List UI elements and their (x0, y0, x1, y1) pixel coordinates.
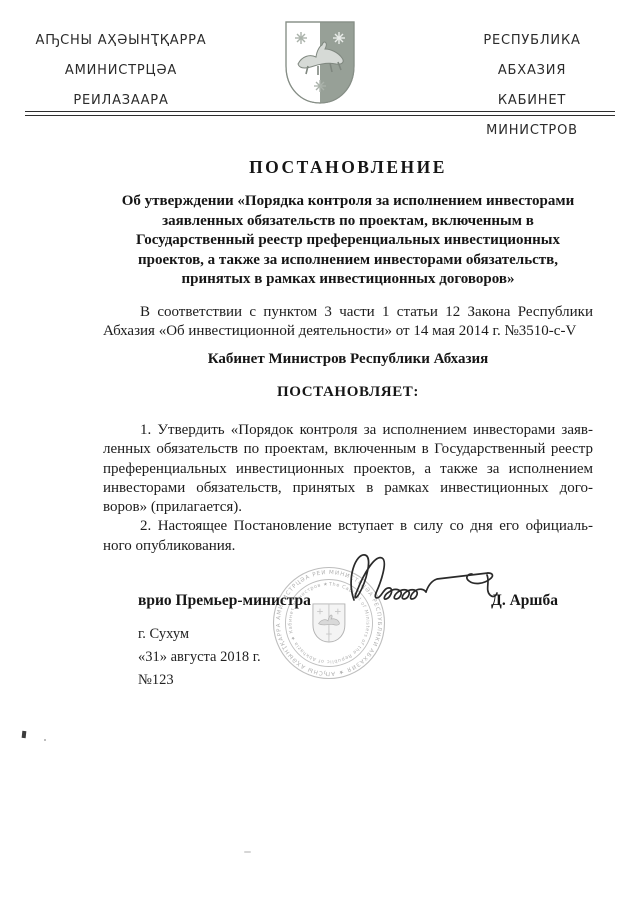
header-right-line: МИНИСТРОВ (452, 116, 612, 146)
header-right-line: РЕСПУБЛИКА АБХАЗИЯ (452, 26, 612, 86)
resolves-heading: ПОСТАНОВЛЯЕТ: (103, 384, 593, 401)
header-right-russian-title: РЕСПУБЛИКА АБХАЗИЯ КАБИНЕТ МИНИСТРОВ (452, 26, 612, 146)
coat-of-arms-icon (284, 20, 356, 111)
paragraph1-line: инвесторами обязательств, принятых в рам… (103, 479, 593, 498)
header-divider-rule (25, 111, 615, 116)
scan-artifact-speck (244, 851, 251, 853)
signature-row: врио Премьер-министра Д. Аршба (138, 592, 558, 610)
header-left-abkhaz-title: АҦСНЫ АҲӘЫНҬҚАРРА АМИНИСТРЦӘА РЕИЛАЗААРА (30, 26, 212, 116)
decree-document-page: АҦСНЫ АҲӘЫНҬҚАРРА АМИНИСТРЦӘА РЕИЛАЗААРА (0, 0, 640, 905)
issue-date: «31» августа 2018 г. (138, 649, 261, 666)
subject-line: заявленных обязательств по проектам, вкл… (103, 212, 593, 232)
subject-line: проектов, а также за исполнением инвесто… (103, 251, 593, 271)
issuer-line: Кабинет Министров Республики Абхазия (103, 351, 593, 368)
signer-name: Д. Аршба (491, 592, 558, 610)
legal-basis-paragraph: В соответствии с пунктом 3 части 1 стать… (103, 303, 593, 341)
scan-artifact-speck (44, 739, 46, 741)
legal-basis-line: Абхазия «Об инвестиционной деятельности»… (103, 322, 593, 341)
document-title: ПОСТАНОВЛЕНИЕ (103, 157, 593, 178)
paragraph1-line: 1. Утвердить «Порядок контроля за исполн… (103, 421, 593, 440)
header-left-line: АМИНИСТРЦӘА (30, 56, 212, 86)
paragraph2-line: 2. Настоящее Постановление вступает в си… (103, 517, 593, 536)
header-left-line: АҦСНЫ АҲӘЫНҬҚАРРА (30, 26, 212, 56)
legal-basis-line: В соответствии с пунктом 3 части 1 стать… (103, 303, 593, 322)
signer-position-title: врио Премьер-министра (138, 592, 311, 610)
paragraph1-line: воров» (прилагается). (103, 498, 593, 517)
subject-line: Государственный реестр преференциальных … (103, 231, 593, 251)
subject-line: принятых в рамках инвестиционных договор… (103, 270, 593, 290)
paragraph1-line: ленных обязательств по проектам, включен… (103, 440, 593, 459)
document-subject: Об утверждении «Порядка контроля за испо… (103, 192, 593, 290)
subject-line: Об утверждении «Порядка контроля за испо… (103, 192, 593, 212)
paragraph1-line: преференциальных инвестиционных проектов… (103, 460, 593, 479)
issue-place: г. Сухум (138, 626, 189, 643)
document-number: №123 (138, 672, 174, 689)
resolution-body: 1. Утвердить «Порядок контроля за исполн… (103, 421, 593, 556)
scan-artifact-speck (22, 731, 27, 738)
